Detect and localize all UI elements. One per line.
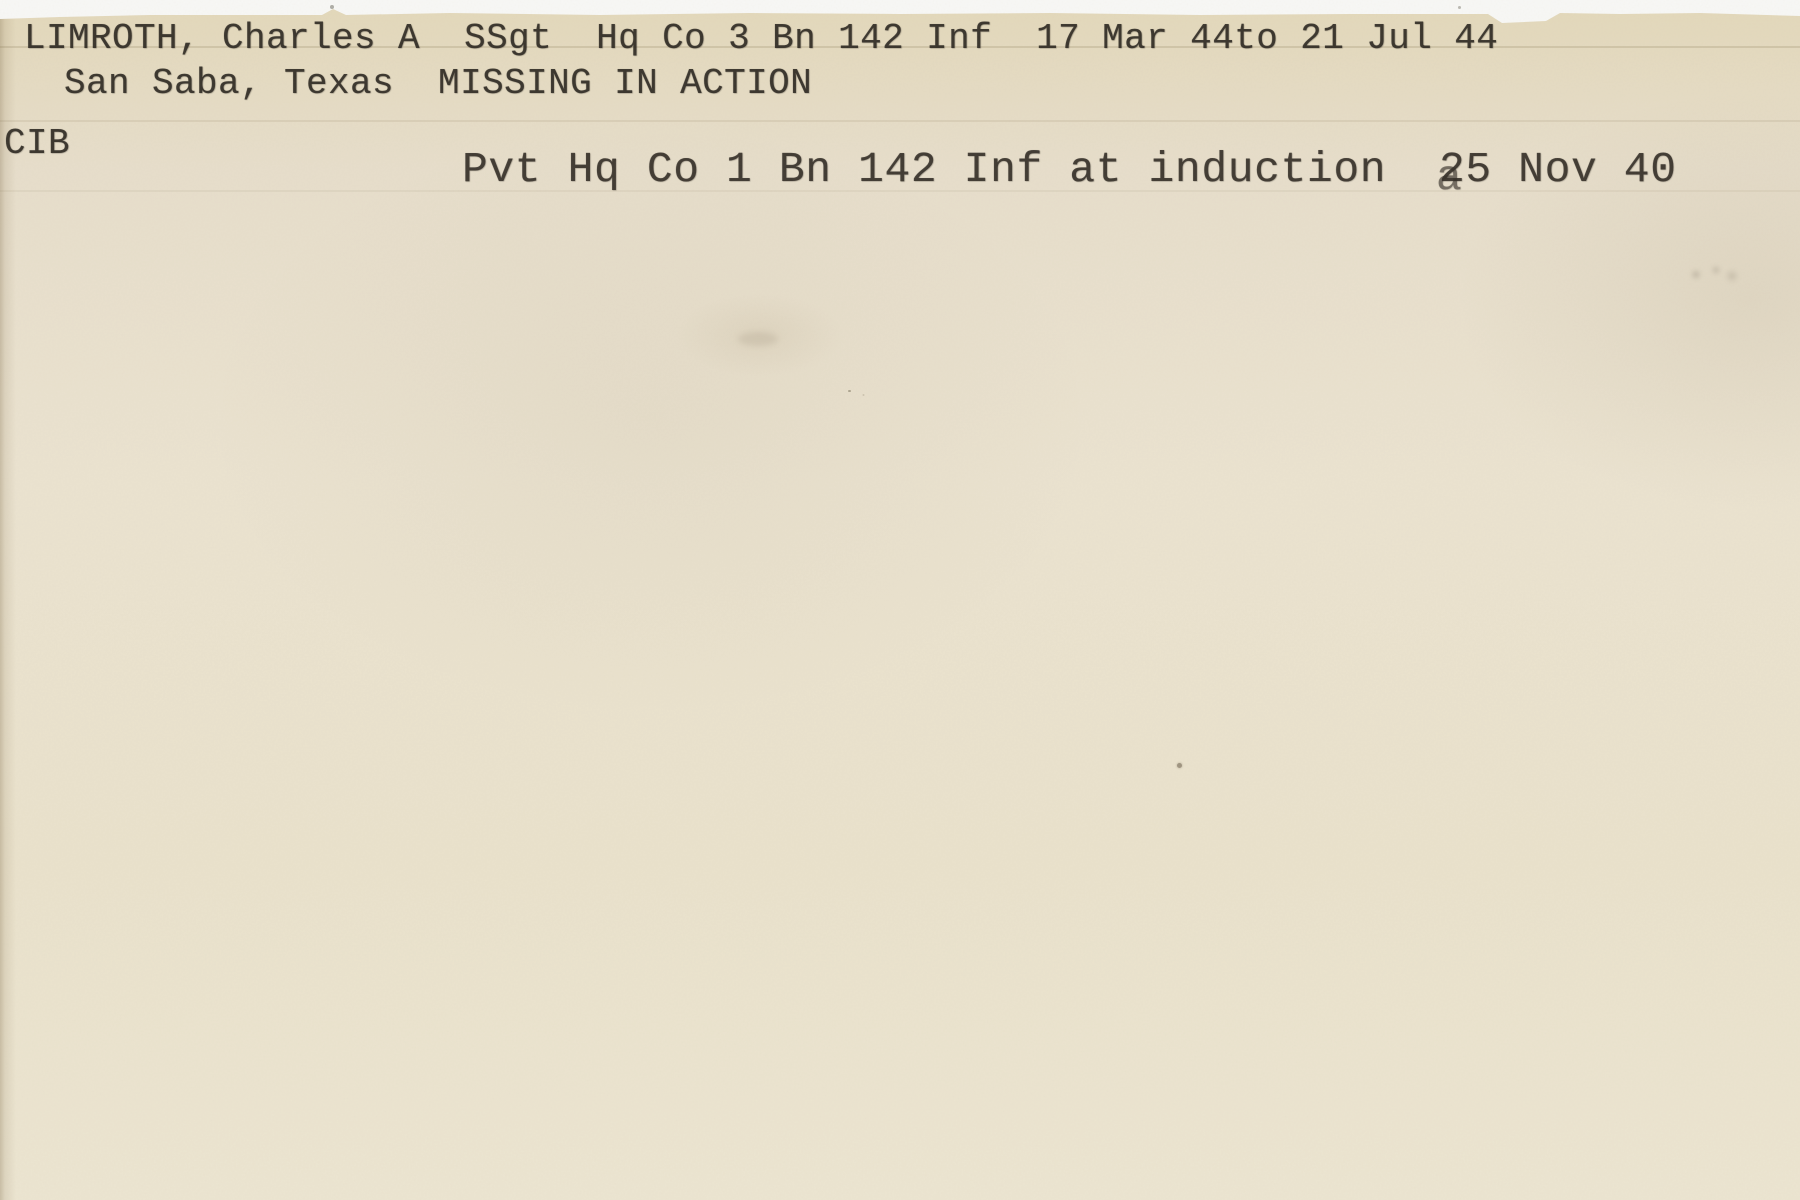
- field-residence-status: San Saba, Texas MISSING IN ACTION: [64, 66, 812, 102]
- overstruck-character: 2a: [1439, 148, 1465, 191]
- field-prior-service-induction: Pvt Hq Co 1 Bn 142 Inf at induction 2a5 …: [462, 148, 1677, 191]
- overstruck-under-glyph: a: [1436, 156, 1462, 199]
- scanned-document: LIMROTH, Charles A SSgt Hq Co 3 Bn 142 I…: [0, 0, 1800, 1200]
- induction-text-after: 5 Nov 40: [1465, 145, 1676, 194]
- field-award-cib: CIB: [4, 126, 70, 162]
- dust-speck: [330, 5, 334, 9]
- dust-speck: [1458, 6, 1461, 9]
- induction-text-before: Pvt Hq Co 1 Bn 142 Inf at induction: [462, 145, 1439, 194]
- scanner-edge-strip: [0, 0, 1800, 32]
- ruled-line: [0, 120, 1800, 122]
